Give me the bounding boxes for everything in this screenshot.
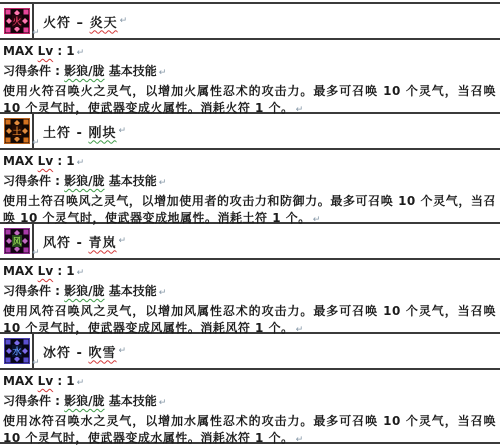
class-names: 影狼/胧 — [64, 394, 104, 408]
skill-title: 冰符 - 吹雪↵ — [34, 334, 127, 368]
description-text: 使用火符召唤火之灵气，以增加火属性忍术的攻击力。最多可召唤 10 个灵气，当召唤… — [3, 84, 496, 115]
fire-char-glyph: 火 — [12, 16, 21, 28]
skill-title: 风符 - 青岚↵ — [34, 224, 127, 258]
skill-icon-cell: 水 ↵ — [0, 334, 34, 368]
return-mark: ↵ — [159, 178, 167, 188]
max-level-line: MAX Lv : 1↵ — [3, 153, 496, 172]
return-mark: ↵ — [77, 48, 85, 58]
requirement-line: 习得条件 : 影狼/胧 基本技能↵ — [3, 173, 496, 192]
class-names: 影狼/胧 — [64, 64, 104, 78]
max-level-line: MAX Lv : 1↵ — [3, 373, 496, 392]
description-text: 使用土符召唤风之灵气，以增加使用者的攻击力和防御力。最多可召唤 10 个灵气，当… — [3, 194, 496, 225]
return-mark: ↵ — [120, 16, 129, 26]
skill-title-name: 炎天 — [90, 12, 118, 31]
skill-section-wind: 风 ↵ 风符 - 青岚↵ MAX Lv : 1↵ 习得条件 : 影狼/胧 基本技… — [0, 224, 500, 334]
requirement-label: 习得条件 : — [3, 174, 64, 188]
skill-section-earth: 土 ↵ 土符 - 刚块↵ MAX Lv : 1↵ 习得条件 : 影狼/胧 基本技… — [0, 114, 500, 224]
requirement-value: 基本技能 — [105, 394, 157, 408]
requirement-value: 基本技能 — [105, 284, 157, 298]
requirement-label: 习得条件 : — [3, 394, 64, 408]
fire-talisman-icon: 火 — [4, 8, 30, 34]
ice-char-glyph: 水 — [12, 346, 21, 358]
class-names: 影狼/胧 — [64, 174, 104, 188]
requirement-line: 习得条件 : 影狼/胧 基本技能↵ — [3, 63, 496, 82]
skill-header-row: 火 ↵ 火符 – 炎天↵ — [0, 4, 500, 40]
class-names: 影狼/胧 — [64, 284, 104, 298]
return-mark: ↵ — [77, 268, 85, 278]
lv-label: Lv — [38, 154, 53, 168]
requirement-label: 习得条件 : — [3, 64, 64, 78]
skill-title-name: 吹雪 — [88, 342, 116, 361]
description-text: 使用冰符召唤水之灵气，以增加水属性忍术的攻击力。最多可召唤 10 个灵气，当召唤… — [3, 414, 496, 445]
requirement-line: 习得条件 : 影狼/胧 基本技能↵ — [3, 283, 496, 302]
max-label: MAX — [3, 44, 38, 58]
skill-title-prefix: 土符 - — [43, 122, 88, 141]
max-value: : 1 — [53, 154, 75, 168]
skill-title-prefix: 冰符 - — [43, 342, 88, 361]
skill-document: 火 ↵ 火符 – 炎天↵ MAX Lv : 1↵ 习得条件 : 影狼/胧 基本技… — [0, 0, 500, 445]
skill-title-name: 刚块 — [88, 122, 116, 141]
ice-talisman-icon: 水 — [4, 338, 30, 364]
max-label: MAX — [3, 154, 38, 168]
max-value: : 1 — [53, 44, 75, 58]
return-mark: ↵ — [159, 398, 167, 408]
requirement-label: 习得条件 : — [3, 284, 64, 298]
wind-talisman-icon: 风 — [4, 228, 30, 254]
skill-details: MAX Lv : 1↵ 习得条件 : 影狼/胧 基本技能↵ 使用土符召唤风之灵气… — [0, 150, 500, 229]
requirement-value: 基本技能 — [105, 64, 157, 78]
skill-details: MAX Lv : 1↵ 习得条件 : 影狼/胧 基本技能↵ 使用冰符召唤水之灵气… — [0, 370, 500, 445]
earth-char-glyph: 土 — [12, 126, 21, 138]
requirement-line: 习得条件 : 影狼/胧 基本技能↵ — [3, 393, 496, 412]
lv-label: Lv — [38, 44, 53, 58]
skill-icon-cell: 土 ↵ — [0, 114, 34, 148]
return-mark: ↵ — [313, 215, 321, 225]
skill-details: MAX Lv : 1↵ 习得条件 : 影狼/胧 基本技能↵ 使用火符召唤火之灵气… — [0, 40, 500, 119]
return-mark: ↵ — [296, 435, 304, 445]
return-mark: ↵ — [118, 346, 127, 356]
return-mark: ↵ — [77, 378, 85, 388]
description-text: 使用风符召唤风之灵气，以增加风属性忍术的攻击力。最多可召唤 10 个灵气，当召唤… — [3, 304, 496, 335]
skill-title-prefix: 火符 – — [43, 12, 90, 31]
return-mark: ↵ — [296, 325, 304, 335]
max-value: : 1 — [53, 374, 75, 388]
max-label: MAX — [3, 264, 38, 278]
max-value: : 1 — [53, 264, 75, 278]
skill-icon-cell: 火 ↵ — [0, 4, 34, 38]
max-label: MAX — [3, 374, 38, 388]
earth-talisman-icon: 土 — [4, 118, 30, 144]
return-mark: ↵ — [159, 288, 167, 298]
skill-description: 使用冰符召唤水之灵气，以增加水属性忍术的攻击力。最多可召唤 10 个灵气，当召唤… — [3, 413, 496, 445]
skill-title-prefix: 风符 - — [43, 232, 88, 251]
skill-icon-cell: 风 ↵ — [0, 224, 34, 258]
skill-title: 土符 - 刚块↵ — [34, 114, 127, 148]
max-level-line: MAX Lv : 1↵ — [3, 263, 496, 282]
max-level-line: MAX Lv : 1↵ — [3, 43, 496, 62]
skill-header-row: 土 ↵ 土符 - 刚块↵ — [0, 114, 500, 150]
return-mark: ↵ — [296, 105, 304, 115]
requirement-value: 基本技能 — [105, 174, 157, 188]
skill-title: 火符 – 炎天↵ — [34, 4, 128, 38]
skill-header-row: 风 ↵ 风符 - 青岚↵ — [0, 224, 500, 260]
return-mark: ↵ — [118, 236, 127, 246]
skill-title-name: 青岚 — [88, 232, 116, 251]
skill-section-ice: 水 ↵ 冰符 - 吹雪↵ MAX Lv : 1↵ 习得条件 : 影狼/胧 基本技… — [0, 334, 500, 444]
wind-char-glyph: 风 — [12, 236, 22, 248]
skill-table: 火 ↵ 火符 – 炎天↵ MAX Lv : 1↵ 习得条件 : 影狼/胧 基本技… — [0, 2, 500, 444]
skill-header-row: 水 ↵ 冰符 - 吹雪↵ — [0, 334, 500, 370]
skill-section-fire: 火 ↵ 火符 – 炎天↵ MAX Lv : 1↵ 习得条件 : 影狼/胧 基本技… — [0, 4, 500, 114]
return-mark: ↵ — [159, 68, 167, 78]
skill-details: MAX Lv : 1↵ 习得条件 : 影狼/胧 基本技能↵ 使用风符召唤风之灵气… — [0, 260, 500, 339]
lv-label: Lv — [38, 374, 53, 388]
return-mark: ↵ — [118, 126, 127, 136]
lv-label: Lv — [38, 264, 53, 278]
return-mark: ↵ — [77, 158, 85, 168]
